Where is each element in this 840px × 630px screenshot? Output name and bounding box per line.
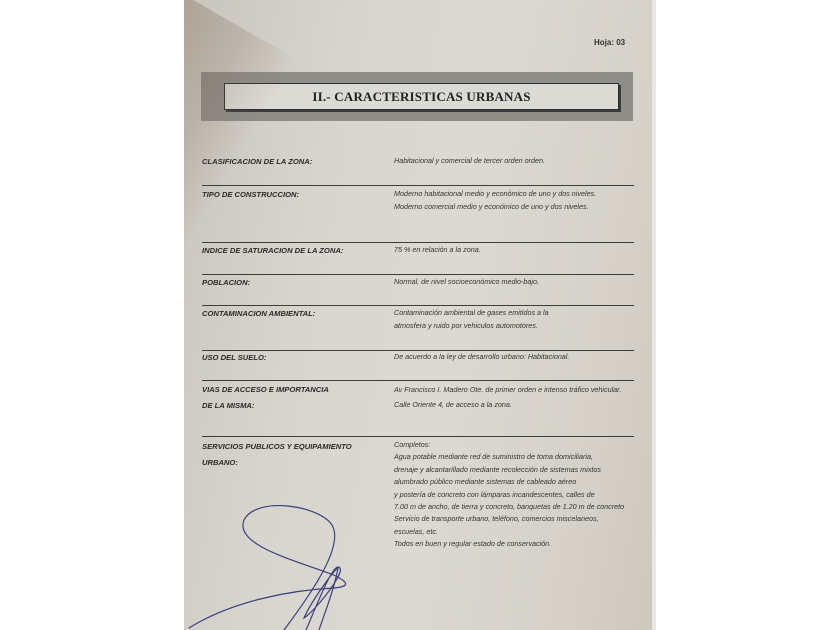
signature-strokes <box>189 506 346 630</box>
document-photo: Hoja: 03 II.- CARACTERISTICAS URBANAS CL… <box>184 0 656 630</box>
signature-icon <box>184 0 656 630</box>
